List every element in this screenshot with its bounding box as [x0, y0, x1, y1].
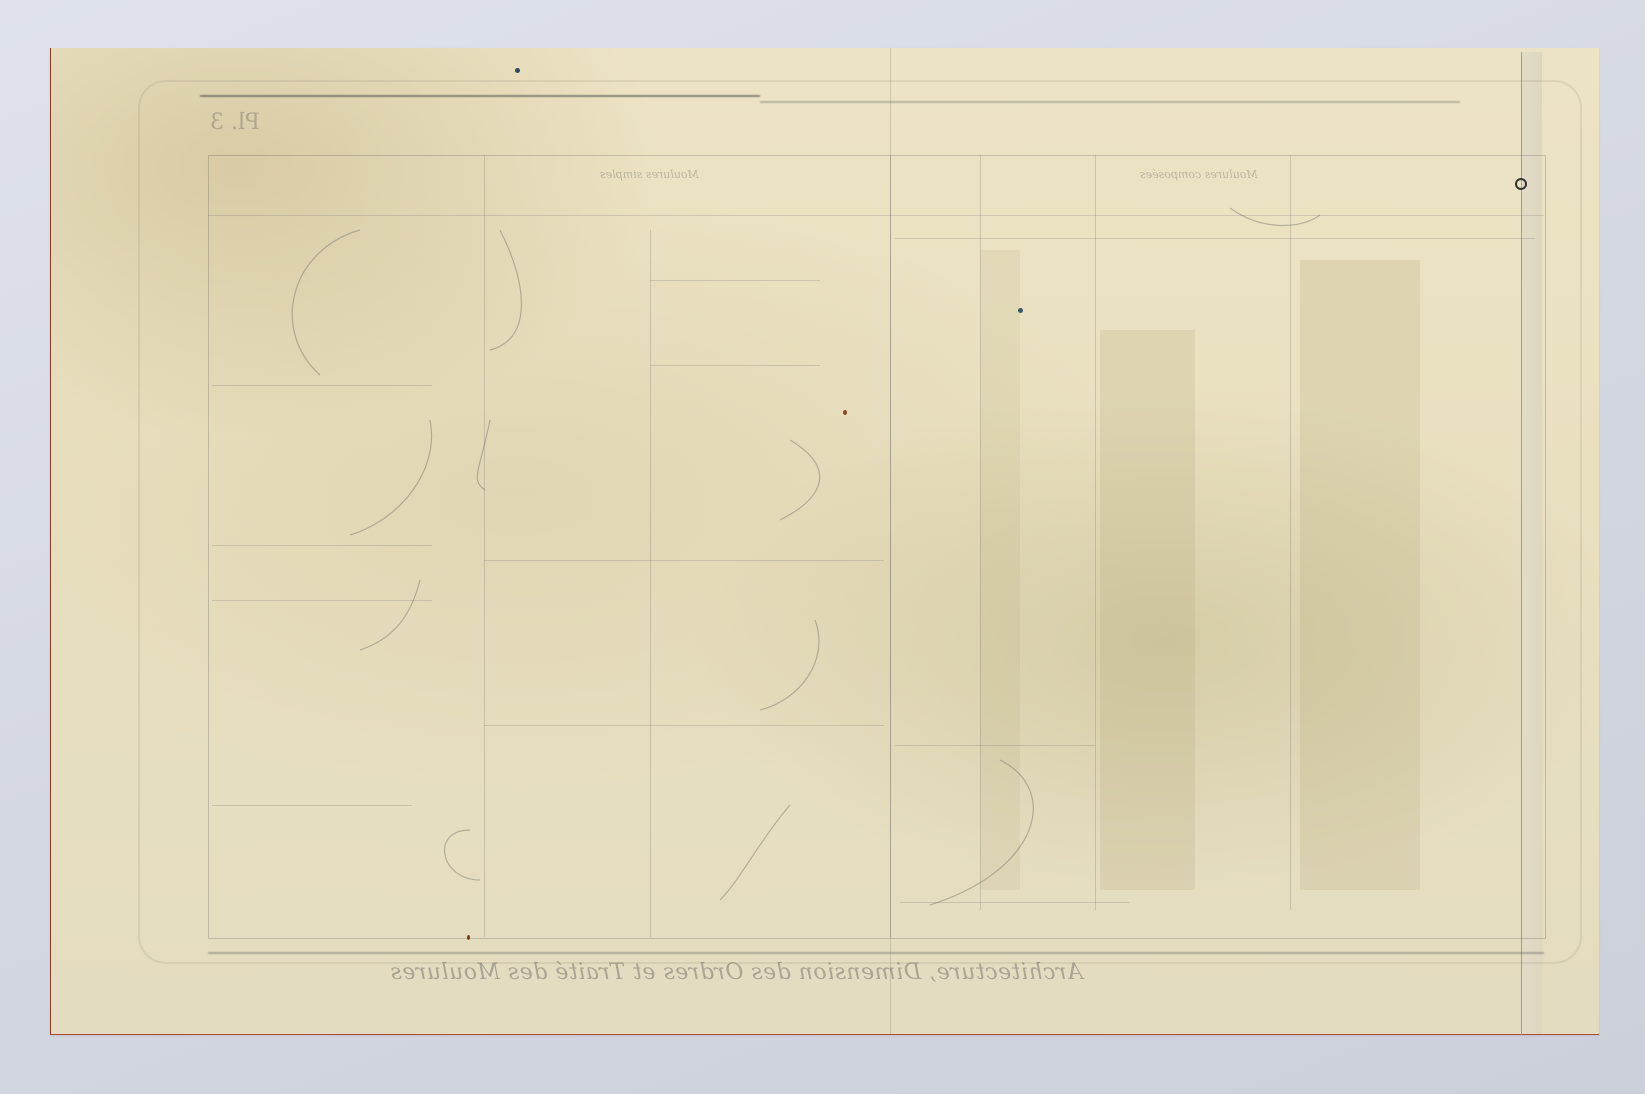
ink-spot [1018, 308, 1023, 313]
ink-spot [515, 68, 520, 73]
plate-caption: Architecture, Dimension des Ordres et Tr… [390, 960, 1083, 985]
foxing-spot [843, 410, 847, 415]
ink-ring-mark [1515, 178, 1527, 190]
foxing-spot [467, 935, 470, 940]
moulding-profiles [0, 0, 1645, 1094]
